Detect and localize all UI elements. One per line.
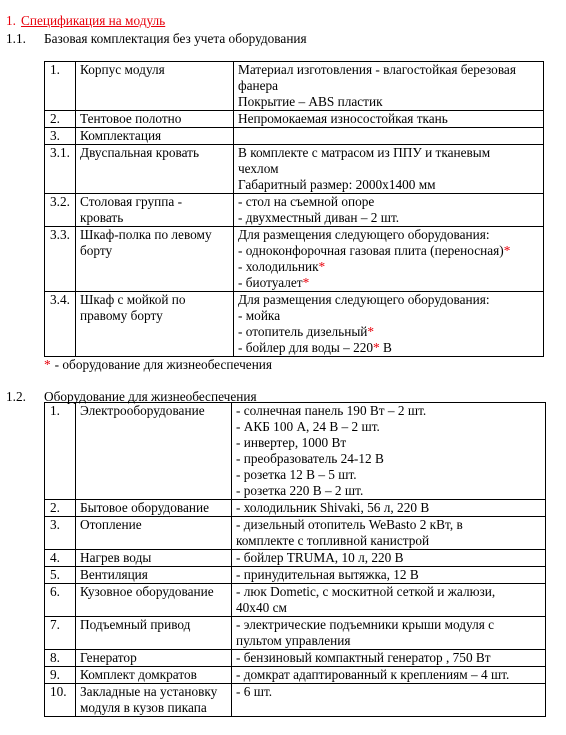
description-text: Габаритный размер: 2000х1400 мм [238, 177, 436, 192]
row-number: 8. [45, 650, 76, 667]
item-description: - стол на съемной опоре- двухместный див… [234, 194, 544, 227]
table-row: 5.Вентиляция- принудительная вытяжка, 12… [45, 567, 546, 584]
item-name-line: Вентиляция [80, 567, 227, 583]
row-number: 3.4. [45, 292, 76, 357]
description-text: фанера [238, 78, 278, 93]
description-text: комплекте с топливной канистрой [236, 533, 429, 548]
description-text: - мойка [238, 308, 280, 323]
description-line: Для размещения следующего оборудования: [238, 292, 539, 308]
description-text: - дизельный отопитель WeBasto 2 кВт, в [236, 517, 463, 532]
table-row: 3.1.Двуспальная кроватьВ комплекте с мат… [45, 145, 544, 194]
description-text: - АКБ 100 А, 24 В – 2 шт. [236, 419, 380, 434]
description-text: - принудительная вытяжка, 12 В [236, 567, 419, 582]
description-line: - розетка 220 В – 2 шт. [236, 483, 541, 499]
row-number: 2. [45, 111, 76, 128]
item-name-line: Комплектация [80, 128, 229, 144]
description-line: - преобразователь 24-12 В [236, 451, 541, 467]
description-text: - холодильник [238, 259, 319, 274]
item-description: - бойлер TRUMA, 10 л, 220 В [232, 550, 546, 567]
description-line: комплекте с топливной канистрой [236, 533, 541, 549]
row-number: 1. [45, 403, 76, 500]
item-name: Закладные на установкумодуля в кузов пик… [76, 684, 232, 717]
item-name: Корпус модуля [76, 62, 234, 111]
table-row: 2.Тентовое полотноНепромокаемая износост… [45, 111, 544, 128]
item-name-line: борту [80, 243, 229, 259]
item-name: Электрооборудование [76, 403, 232, 500]
description-text: - бензиновый компактный генератор , 750 … [236, 650, 491, 665]
description-text: - инвертер, 1000 Вт [236, 435, 346, 450]
description-line: - холодильник* [238, 259, 539, 275]
table-row: 3.3.Шкаф-полка по левомубортуДля размеще… [45, 227, 544, 292]
description-line: Материал изготовления - влагостойкая бер… [238, 62, 539, 78]
item-description: - солнечная панель 190 Вт – 2 шт.- АКБ 1… [232, 403, 546, 500]
description-line: - двухместный диван – 2 шт. [238, 210, 539, 226]
item-name: Двуспальная кровать [76, 145, 234, 194]
description-text: чехлом [238, 161, 279, 176]
description-line: - дизельный отопитель WeBasto 2 кВт, в [236, 517, 541, 533]
description-text: пультом управления [236, 633, 350, 648]
table-row: 8.Генератор- бензиновый компактный генер… [45, 650, 546, 667]
heading-number: 1. [6, 13, 21, 29]
row-number: 7. [45, 617, 76, 650]
subsection-heading-1-1: 1.1.Базовая комплектация без учета обору… [6, 31, 307, 47]
description-line: - одноконфорочная газовая плита (перенос… [238, 243, 539, 259]
item-description: - люк Dometic, с москитной сеткой и жалю… [232, 584, 546, 617]
description-text: - холодильник Shivaki, 56 л, 220 В [236, 500, 429, 515]
life-support-marker: * [367, 324, 374, 339]
description-text: - домкрат адаптированный к креплениям – … [236, 667, 509, 682]
description-line: 40х40 см [236, 600, 541, 616]
item-name-line: Тентовое полотно [80, 111, 229, 127]
description-suffix: В [380, 340, 392, 355]
description-line: - бензиновый компактный генератор , 750 … [236, 650, 541, 666]
table-row: 10.Закладные на установкумодуля в кузов … [45, 684, 546, 717]
description-text: - люк Dometic, с москитной сеткой и жалю… [236, 584, 495, 599]
item-name: Бытовое оборудование [76, 500, 232, 517]
description-line: - люк Dometic, с москитной сеткой и жалю… [236, 584, 541, 600]
description-text: Для размещения следующего оборудования: [238, 227, 490, 242]
table-row: 7.Подъемный привод- электрические подъем… [45, 617, 546, 650]
description-line: - инвертер, 1000 Вт [236, 435, 541, 451]
description-text: Покрытие – ABS пластик [238, 94, 383, 109]
description-line: - биотуалет* [238, 275, 539, 291]
description-line: Покрытие – ABS пластик [238, 94, 539, 110]
description-line: - стол на съемной опоре [238, 194, 539, 210]
description-line: - розетка 12 В – 5 шт. [236, 467, 541, 483]
item-description: Непромокаемая износостойкая ткань [234, 111, 544, 128]
row-number: 5. [45, 567, 76, 584]
item-name-line: Закладные на установку [80, 684, 227, 700]
item-description: - домкрат адаптированный к креплениям – … [232, 667, 546, 684]
description-text: - преобразователь 24-12 В [236, 451, 384, 466]
description-line: фанера [238, 78, 539, 94]
description-text: 40х40 см [236, 600, 287, 615]
row-number: 4. [45, 550, 76, 567]
row-number: 3.2. [45, 194, 76, 227]
description-text: Материал изготовления - влагостойкая бер… [238, 62, 516, 77]
item-name: Отопление [76, 517, 232, 550]
item-name: Подъемный привод [76, 617, 232, 650]
item-name-line: Корпус модуля [80, 62, 229, 78]
description-line: В комплекте с матрасом из ППУ и тканевым [238, 145, 539, 161]
item-description: Материал изготовления - влагостойкая бер… [234, 62, 544, 111]
description-text: - розетка 220 В – 2 шт. [236, 483, 363, 498]
life-support-marker: * [319, 259, 326, 274]
description-line: Габаритный размер: 2000х1400 мм [238, 177, 539, 193]
description-text: - 6 шт. [236, 684, 272, 699]
life-support-marker: * [504, 243, 511, 258]
section-heading: 1.Спецификация на модуль [6, 13, 165, 29]
table-row: 1.Корпус модуляМатериал изготовления - в… [45, 62, 544, 111]
item-name-line: Кузовное оборудование [80, 584, 227, 600]
table-row: 2.Бытовое оборудование- холодильник Shiv… [45, 500, 546, 517]
row-number: 2. [45, 500, 76, 517]
row-number: 6. [45, 584, 76, 617]
description-line: - бойлер TRUMA, 10 л, 220 В [236, 550, 541, 566]
description-text: - биотуалет [238, 275, 303, 290]
item-name-line: Нагрев воды [80, 550, 227, 566]
row-number: 3. [45, 128, 76, 145]
item-description: - электрические подъемники крыши модуля … [232, 617, 546, 650]
item-description: - бензиновый компактный генератор , 750 … [232, 650, 546, 667]
item-name: Столовая группа -кровать [76, 194, 234, 227]
base-equipment-table: 1.Корпус модуляМатериал изготовления - в… [44, 61, 544, 357]
life-support-table: 1.Электрооборудование- солнечная панель … [44, 402, 546, 717]
item-name: Шкаф-полка по левомуборту [76, 227, 234, 292]
description-text: В комплекте с матрасом из ППУ и тканевым [238, 145, 490, 160]
item-description [234, 128, 544, 145]
row-number: 3.3. [45, 227, 76, 292]
item-name: Генератор [76, 650, 232, 667]
item-name: Тентовое полотно [76, 111, 234, 128]
item-name-line: Двуспальная кровать [80, 145, 229, 161]
description-line: - принудительная вытяжка, 12 В [236, 567, 541, 583]
table-row: 3.Отопление- дизельный отопитель WeBasto… [45, 517, 546, 550]
description-line: - электрические подъемники крыши модуля … [236, 617, 541, 633]
description-text: Непромокаемая износостойкая ткань [238, 111, 448, 126]
table-row: 4.Нагрев воды- бойлер TRUMA, 10 л, 220 В [45, 550, 546, 567]
subsection-number: 1.2. [6, 389, 44, 405]
row-number: 3.1. [45, 145, 76, 194]
item-name-line: Отопление [80, 517, 227, 533]
description-text: - стол на съемной опоре [238, 194, 374, 209]
item-description: - холодильник Shivaki, 56 л, 220 В [232, 500, 546, 517]
description-text: - розетка 12 В – 5 шт. [236, 467, 357, 482]
item-description: Для размещения следующего оборудования:-… [234, 292, 544, 357]
description-line: - АКБ 100 А, 24 В – 2 шт. [236, 419, 541, 435]
table-row: 1.Электрооборудование- солнечная панель … [45, 403, 546, 500]
footnote-marker: * [44, 357, 51, 372]
description-text: - одноконфорочная газовая плита (перенос… [238, 243, 504, 258]
table-row: 3.4.Шкаф с мойкой поправому бортуДля раз… [45, 292, 544, 357]
subsection-number: 1.1. [6, 31, 44, 47]
item-name: Кузовное оборудование [76, 584, 232, 617]
description-line: - солнечная панель 190 Вт – 2 шт. [236, 403, 541, 419]
footnote: *- оборудование для жизнеобеспечения [44, 357, 272, 373]
description-text: - бойлер TRUMA, 10 л, 220 В [236, 550, 404, 565]
footnote-text: - оборудование для жизнеобеспечения [55, 357, 272, 372]
item-name: Нагрев воды [76, 550, 232, 567]
item-name-line: кровать [80, 210, 229, 226]
description-line: - 6 шт. [236, 684, 541, 700]
row-number: 3. [45, 517, 76, 550]
life-support-marker: * [303, 275, 310, 290]
item-description: - дизельный отопитель WeBasto 2 кВт, вко… [232, 517, 546, 550]
row-number: 10. [45, 684, 76, 717]
description-text: - двухместный диван – 2 шт. [238, 210, 399, 225]
row-number: 1. [45, 62, 76, 111]
table-row: 9.Комплект домкратов- домкрат адаптирова… [45, 667, 546, 684]
description-line: Для размещения следующего оборудования: [238, 227, 539, 243]
description-line: - бойлер для воды – 220* В [238, 340, 539, 356]
item-name-line: Комплект домкратов [80, 667, 227, 683]
item-name-line: правому борту [80, 308, 229, 324]
item-description: Для размещения следующего оборудования:-… [234, 227, 544, 292]
item-name-line: Шкаф с мойкой по [80, 292, 229, 308]
description-line: - мойка [238, 308, 539, 324]
subsection-title: Базовая комплектация без учета оборудова… [44, 31, 307, 46]
heading-title: Спецификация на модуль [21, 13, 165, 28]
item-name-line: Столовая группа - [80, 194, 229, 210]
item-name-line: Шкаф-полка по левому [80, 227, 229, 243]
item-name-line: Генератор [80, 650, 227, 666]
item-name: Вентиляция [76, 567, 232, 584]
row-number: 9. [45, 667, 76, 684]
item-name-line: Электрооборудование [80, 403, 227, 419]
description-line: - домкрат адаптированный к креплениям – … [236, 667, 541, 683]
item-name-line: Подъемный привод [80, 617, 227, 633]
item-name-line: Бытовое оборудование [80, 500, 227, 516]
description-text: - бойлер для воды – 220 [238, 340, 373, 355]
description-text: Для размещения следующего оборудования: [238, 292, 490, 307]
description-line: - отопитель дизельный* [238, 324, 539, 340]
description-text: - электрические подъемники крыши модуля … [236, 617, 494, 632]
item-name: Комплект домкратов [76, 667, 232, 684]
table-row: 3.2.Столовая группа -кровать- стол на съ… [45, 194, 544, 227]
description-line: пультом управления [236, 633, 541, 649]
life-support-marker: * [373, 340, 380, 355]
description-line: чехлом [238, 161, 539, 177]
description-line: - холодильник Shivaki, 56 л, 220 В [236, 500, 541, 516]
table-row: 3.Комплектация [45, 128, 544, 145]
item-name: Комплектация [76, 128, 234, 145]
description-text: - солнечная панель 190 Вт – 2 шт. [236, 403, 426, 418]
description-text: - отопитель дизельный [238, 324, 367, 339]
item-description: - 6 шт. [232, 684, 546, 717]
item-name-line: модуля в кузов пикапа [80, 700, 227, 716]
item-name: Шкаф с мойкой поправому борту [76, 292, 234, 357]
table-row: 6.Кузовное оборудование- люк Dometic, с … [45, 584, 546, 617]
description-line: Непромокаемая износостойкая ткань [238, 111, 539, 127]
item-description: В комплекте с матрасом из ППУ и тканевым… [234, 145, 544, 194]
item-description: - принудительная вытяжка, 12 В [232, 567, 546, 584]
